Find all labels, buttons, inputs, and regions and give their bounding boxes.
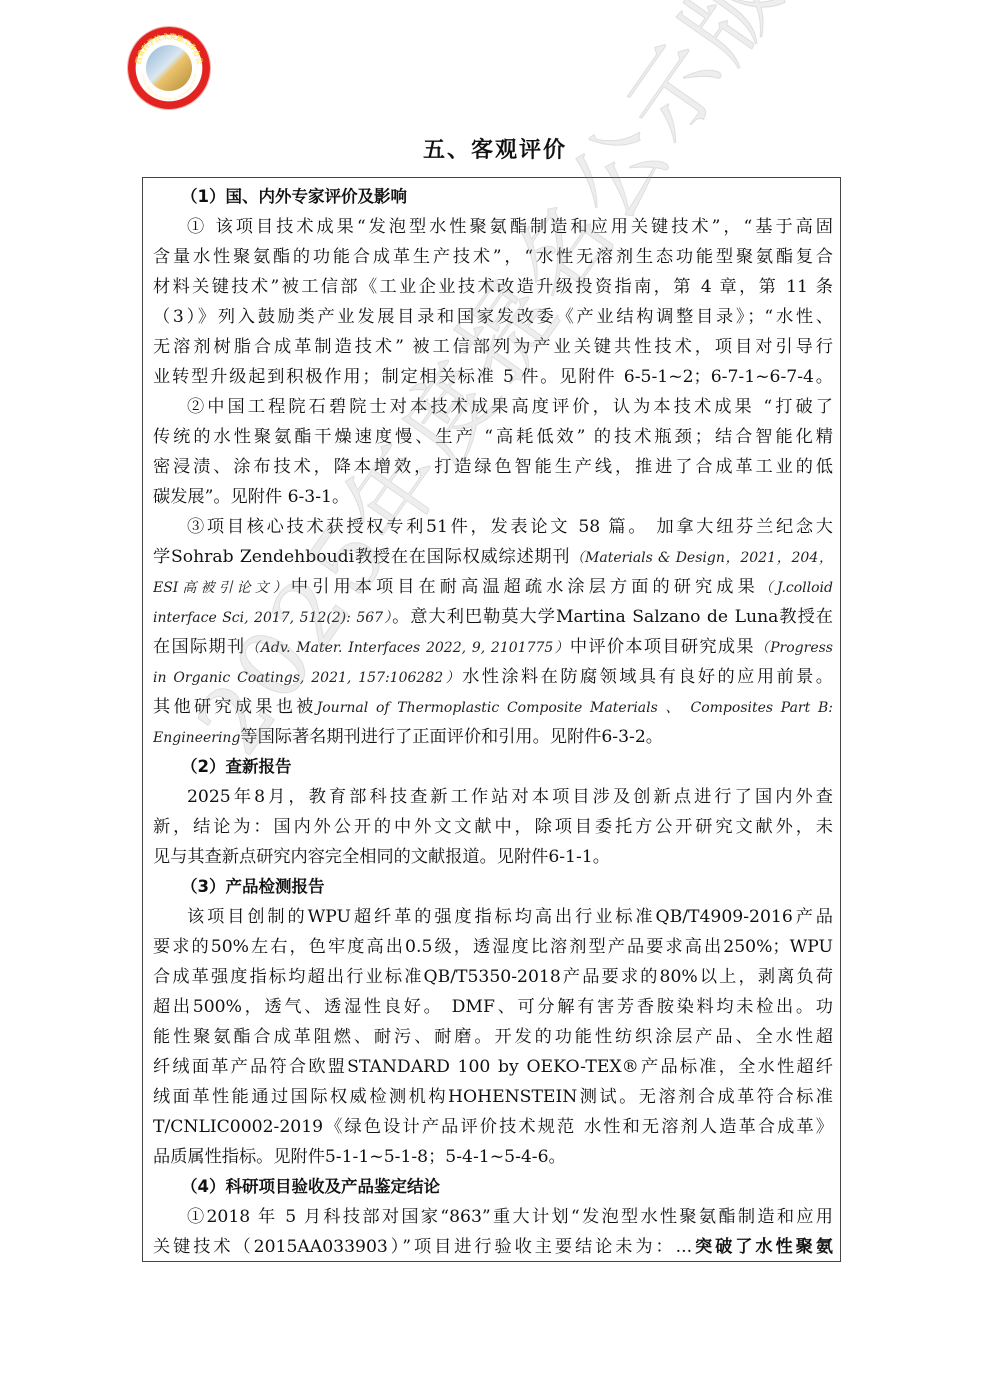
section-heading-novelty-report: （2）查新报告 bbox=[153, 752, 833, 782]
evaluation-content: （1）国、内外专家评价及影响 ① 该项目技术成果“发泡型水性聚氨酯制造和应用关键… bbox=[153, 182, 833, 1262]
text-line: 要求的50%左右，色牢度高出0.5级，透湿度比溶剂型产品要求高出250%；WPU bbox=[153, 932, 833, 962]
text-line: 业转型升级起到积极作用；制定相关标准 5 件。见附件 6-5-1~2；6-7-1… bbox=[153, 362, 833, 392]
page-title: 五、客观评价 bbox=[0, 133, 990, 164]
citation-text: ESI高被引论文） bbox=[153, 580, 291, 596]
text-line: 超出500%，透气、透湿性良好。 DMF、可分解有害芳香胺染料均未检出。功 bbox=[153, 992, 833, 1022]
text-line: 材料关键技术”被工信部《工业企业技术改造升级投资指南，第 4 章，第 11 条 bbox=[153, 272, 833, 302]
text-line: interface Sci, 2017, 512(2): 567）。意大利巴勒莫… bbox=[153, 602, 833, 632]
text-line: 学Sohrab Zendehboudi教授在在国际权威综述期刊（Material… bbox=[153, 542, 833, 572]
seal-logo: 陕西省科学技术奖励工作办公室 Shaanxi Office for Scienc… bbox=[128, 27, 210, 109]
text-line: 绒面革性能通过国际权威检测机构HOHENSTEIN测试。无溶剂合成革符合标准 bbox=[153, 1082, 833, 1112]
journal-names: Journal of Thermoplastic Composite Mater… bbox=[317, 700, 833, 716]
text-line: 关键技术（2015AA033903）”项目进行验收主要结论未为：...突破了水性… bbox=[153, 1232, 833, 1262]
seal-ring-text: 陕西省科学技术奖励工作办公室 Shaanxi Office for Scienc… bbox=[128, 27, 210, 109]
section-heading-expert-evaluation: （1）国、内外专家评价及影响 bbox=[153, 182, 833, 212]
text-line: 该项目创制的WPU超纤革的强度指标均高出行业标准QB/T4909-2016产品 bbox=[153, 902, 833, 932]
text-run: 水性涂料在防腐领域具有良好的应用前景。 bbox=[462, 667, 833, 687]
citation-text: in Organic Coatings, 2021, 157:106282） bbox=[153, 670, 462, 686]
text-line: 品质属性指标。见附件5-1-1~5-1-8；5-4-1~5-4-6。 bbox=[153, 1142, 833, 1172]
svg-text:陕西省科学技术奖励工作办公室: 陕西省科学技术奖励工作办公室 bbox=[128, 27, 204, 66]
text-line: ① 该项目技术成果“发泡型水性聚氨酯制造和应用关键技术”，“基于高固 bbox=[153, 212, 833, 242]
text-run: 中引用本项目在耐高温超疏水涂层方面的研究成果 bbox=[291, 577, 759, 597]
text-run: 其他研究成果也被 bbox=[153, 697, 317, 717]
text-line: 纤绒面革产品符合欧盟STANDARD 100 by OEKO-TEX®产品标准，… bbox=[153, 1052, 833, 1082]
text-line: 见与其查新点研究内容完全相同的文献报道。见附件6-1-1。 bbox=[153, 842, 833, 872]
citation-text: （J.colloid bbox=[759, 580, 833, 596]
text-line: 其他研究成果也被Journal of Thermoplastic Composi… bbox=[153, 692, 833, 722]
text-line: 碳发展”。见附件 6-3-1。 bbox=[153, 482, 833, 512]
text-run: 学Sohrab Zendehboudi教授在在国际权威综述期刊 bbox=[153, 547, 570, 567]
text-line: 传统的水性聚氨酯干燥速度慢、生产 “高耗低效” 的技术瓶颈；结合智能化精 bbox=[153, 422, 833, 452]
paragraph-patents-citations: ③项目核心技术获授权专利51件，发表论文 58 篇。 加拿大纽芬兰纪念大 学So… bbox=[153, 512, 833, 752]
paragraph-novelty-report: 2025年8月，教育部科技查新工作站对本项目涉及创新点进行了国内外查 新，结论为… bbox=[153, 782, 833, 872]
section-heading-product-testing: （3）产品检测报告 bbox=[153, 872, 833, 902]
text-line: Engineering等国际著名期刊进行了正面评价和引用。见附件6-3-2。 bbox=[153, 722, 833, 752]
paragraph-project-acceptance: ①2018 年 5 月科技部对国家“863”重大计划“发泡型水性聚氨酯制造和应用… bbox=[153, 1202, 833, 1262]
text-line: 合成革强度指标均超出行业标准QB/T5350-2018产品要求的80%以上，剥离… bbox=[153, 962, 833, 992]
text-line: in Organic Coatings, 2021, 157:106282）水性… bbox=[153, 662, 833, 692]
paragraph-policy-recognition: ① 该项目技术成果“发泡型水性聚氨酯制造和应用关键技术”，“基于高固 含量水性聚… bbox=[153, 212, 833, 392]
text-line: 能性聚氨酯合成革阻燃、耐污、耐磨。开发的功能性纺织涂层产品、全水性超 bbox=[153, 1022, 833, 1052]
text-line: ②中国工程院石碧院士对本技术成果高度评价，认为本技术成果 “打破了 bbox=[153, 392, 833, 422]
text-line: 含量水性聚氨酯的功能合成革生产技术”，“水性无溶剂生态功能型聚氨酯复合 bbox=[153, 242, 833, 272]
bold-conclusion-text: 突破了水性聚氨 bbox=[692, 1237, 833, 1257]
citation-text: （Materials & Design，2021，204， bbox=[570, 550, 833, 566]
journal-names: Engineering bbox=[153, 730, 240, 746]
text-run: 在国际期刊 bbox=[153, 637, 245, 657]
citation-text: （Adv. Mater. Interfaces 2022, 9, 2101775… bbox=[245, 640, 569, 656]
citation-text: interface Sci, 2017, 512(2): 567） bbox=[153, 610, 392, 626]
text-line: T/CNLIC0002-2019《绿色设计产品评价技术规范 水性和无溶剂人造革合… bbox=[153, 1112, 833, 1142]
text-line: 密浸渍、涂布技术，降本增效，打造绿色智能生产线，推进了合成革工业的低 bbox=[153, 452, 833, 482]
text-run: 。意大利巴勒莫大学Martina Salzano de Luna教授在 bbox=[392, 607, 833, 627]
text-line: 无溶剂树脂合成革制造技术” 被工信部列为产业关键共性技术，项目对引导行 bbox=[153, 332, 833, 362]
text-run: 中评价本项目研究成果 bbox=[570, 637, 755, 657]
paragraph-product-testing: 该项目创制的WPU超纤革的强度指标均高出行业标准QB/T4909-2016产品 … bbox=[153, 902, 833, 1172]
paragraph-academician-evaluation: ②中国工程院石碧院士对本技术成果高度评价，认为本技术成果 “打破了 传统的水性聚… bbox=[153, 392, 833, 512]
citation-text: （Progress bbox=[755, 640, 833, 656]
text-line: （3）》列入鼓励类产业发展目录和国家发改委《产业结构调整目录》；“水性、 bbox=[153, 302, 833, 332]
text-run: 等国际著名期刊进行了正面评价和引用。见附件6-3-2。 bbox=[240, 727, 663, 747]
text-line: 2025年8月，教育部科技查新工作站对本项目涉及创新点进行了国内外查 bbox=[153, 782, 833, 812]
section-heading-project-acceptance: （4）科研项目验收及产品鉴定结论 bbox=[153, 1172, 833, 1202]
text-run: 关键技术（2015AA033903）”项目进行验收主要结论未为：... bbox=[153, 1237, 692, 1257]
text-line: ESI高被引论文）中引用本项目在耐高温超疏水涂层方面的研究成果（J.colloi… bbox=[153, 572, 833, 602]
evaluation-table: （1）国、内外专家评价及影响 ① 该项目技术成果“发泡型水性聚氨酯制造和应用关键… bbox=[142, 177, 841, 1262]
text-line: ③项目核心技术获授权专利51件，发表论文 58 篇。 加拿大纽芬兰纪念大 bbox=[153, 512, 833, 542]
text-line: 新，结论为：国内外公开的中外文文献中，除项目委托方公开研究文献外，未 bbox=[153, 812, 833, 842]
text-line: ①2018 年 5 月科技部对国家“863”重大计划“发泡型水性聚氨酯制造和应用 bbox=[153, 1202, 833, 1232]
text-line: 在国际期刊（Adv. Mater. Interfaces 2022, 9, 21… bbox=[153, 632, 833, 662]
